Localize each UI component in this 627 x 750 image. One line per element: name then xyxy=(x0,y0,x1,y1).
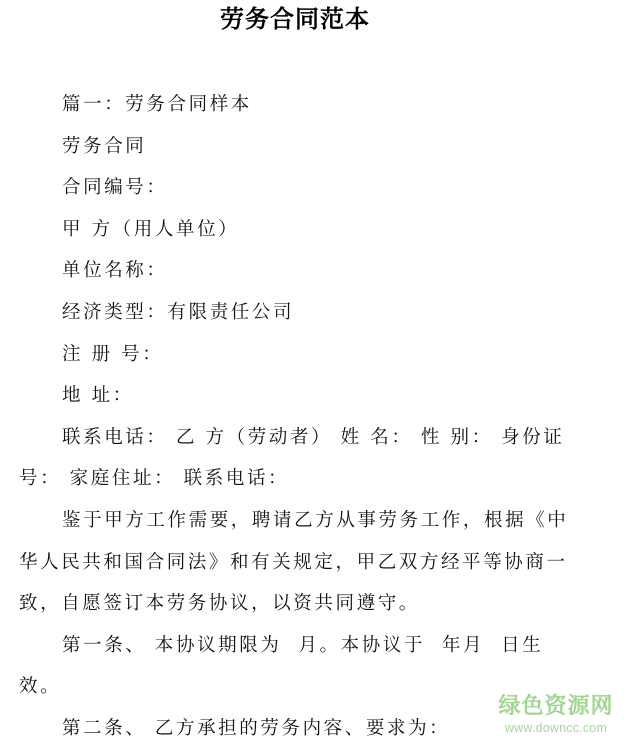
party-b-info: 联系电话： 乙 方（劳动者） 姓 名： 性 别： 身份证号： 家庭住址： 联系电… xyxy=(19,417,574,500)
party-a-heading: 甲 方（用人单位） xyxy=(19,209,574,251)
watermark-url: www.downcc.com xyxy=(491,720,621,736)
watermark-name: 绿色资源网 xyxy=(491,694,621,720)
unit-name-field: 单位名称： xyxy=(19,250,574,292)
section-heading: 篇一：劳务合同样本 xyxy=(19,84,574,126)
registration-number-field: 注 册 号： xyxy=(19,334,574,376)
document-title: 劳务合同范本 xyxy=(0,2,590,36)
preamble-paragraph: 鉴于甲方工作需要，聘请乙方从事劳务工作，根据《中华人民共和国合同法》和有关规定，… xyxy=(19,500,574,625)
site-watermark: 绿色资源网 www.downcc.com xyxy=(491,694,621,736)
contract-number-field: 合同编号： xyxy=(19,167,574,209)
document-body: 篇一：劳务合同样本 劳务合同 合同编号： 甲 方（用人单位） 单位名称： 经济类… xyxy=(19,84,574,750)
economic-type-field: 经济类型：有限责任公司 xyxy=(19,292,574,334)
contract-name: 劳务合同 xyxy=(19,126,574,168)
address-field: 地 址： xyxy=(19,375,574,417)
